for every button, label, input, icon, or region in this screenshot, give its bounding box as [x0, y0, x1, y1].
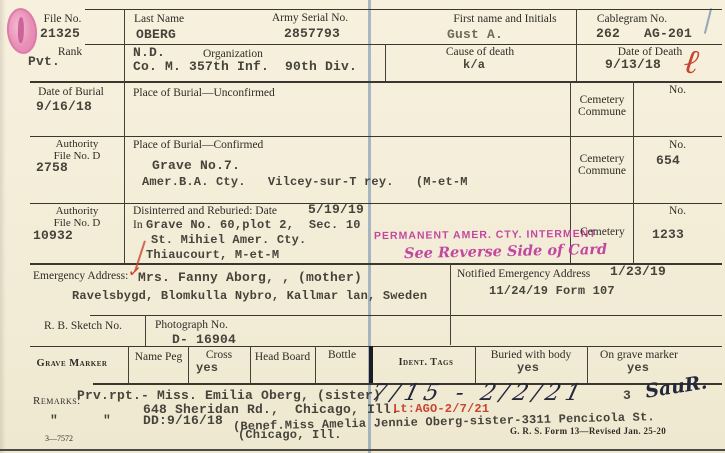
divider [587, 346, 588, 383]
no-label: No. [650, 205, 705, 217]
divider [188, 346, 189, 383]
date-of-death-value: 9/13/18 [605, 57, 661, 72]
army-serial-label: Army Serial No. [250, 12, 370, 24]
cross-label: Cross [190, 349, 248, 361]
rule-bottom-edge [0, 449, 725, 451]
buried-with-body-label: Buried with body [477, 349, 585, 361]
emergency-name-value: Mrs. Fanny Aborg, , (mother) [138, 270, 362, 285]
reburial-commune-value: Thiaucourt, M-et-M [146, 248, 279, 262]
authority-file-label: Authority File No. D [30, 139, 124, 162]
on-grave-marker-label: On grave marker [589, 349, 689, 361]
divider [475, 346, 476, 383]
blue-fold-line [368, 0, 371, 453]
cause-of-death-value: k/a [463, 58, 485, 72]
first-name-value: Gust A. [447, 27, 503, 42]
authority-no-value: 10932 [33, 228, 73, 243]
disinterred-label: Disinterred and Reburied: Date [133, 205, 277, 217]
handwritten-dates: 7/15 - 2/2/21 [369, 380, 589, 406]
rb-sketch-label: R. B. Sketch No. [28, 320, 138, 332]
cemetery-location-value: Amer.B.A. Cty. Vilcey-sur-T rey. (M-et-M [142, 175, 468, 189]
remarks-label: Remarks: [33, 396, 81, 408]
photograph-label: Photograph No. [155, 319, 228, 331]
cablegram-ag-value: AG-201 [644, 26, 692, 41]
rule-row4 [30, 203, 722, 204]
cemetery-commune-label: Cemetery Commune [572, 94, 632, 118]
on-grave-marker-value: yes [627, 361, 649, 375]
rule-emergency [90, 315, 722, 316]
notified-label: Notified Emergency Address [457, 268, 590, 280]
grs-form-label: G. R. S. Form 13—Revised Jan. 25-20 [510, 427, 666, 436]
place-unconfirmed-label: Place of Burial—Unconfirmed [133, 87, 275, 99]
divider [124, 9, 125, 81]
rule-row2 [30, 81, 722, 83]
file-no-value: 21325 [40, 26, 80, 41]
ident-tags-label: Ident. Tags [380, 358, 472, 369]
buried-with-body-value: yes [517, 361, 539, 375]
cause-of-death-label: Cause of death [400, 46, 560, 58]
divider [450, 263, 451, 345]
ditto-mark: " [103, 413, 111, 428]
permanent-interment-stamp: PERMANENT AMER. CTY. INTERMENT [374, 228, 597, 242]
no-label: No. [650, 84, 705, 96]
authority-no-value: 2758 [36, 160, 68, 175]
date-of-burial-value: 9/16/18 [36, 99, 92, 114]
print-number: 3—7572 [45, 435, 73, 443]
cemetery-label: Cemetery [580, 226, 625, 238]
grave-no-value: Grave No.7. [152, 158, 240, 173]
remarks-three: 3 [623, 388, 631, 403]
last-name-label: Last Name [134, 13, 184, 25]
signature: SauR. [644, 371, 709, 402]
blue-pen-tick [704, 8, 712, 34]
nd-value: N.D. [133, 45, 165, 60]
rank-value: Pvt. [28, 54, 60, 69]
place-confirmed-label: Place of Burial—Confirmed [133, 139, 263, 151]
divider [124, 81, 125, 263]
divider [128, 346, 129, 383]
notified-date-value: 1/23/19 [610, 264, 666, 279]
cablegram-label: Cablegram No. [577, 13, 687, 25]
grave-marker-label: Grave Marker [22, 358, 122, 369]
emergency-address-value: Ravelsbygd, Blomkulla Nybro, Kallmar lan… [72, 289, 427, 303]
cross-value: yes [196, 361, 218, 375]
reburial-grave-value: Grave No. 60,plot 2, Sec. 10 [146, 218, 361, 232]
rule-row3 [30, 136, 722, 137]
emergency-address-label: Emergency Address: [33, 270, 128, 282]
cablegram-no-value: 262 [596, 26, 620, 41]
photograph-no-value: D- 16904 [172, 332, 236, 347]
army-serial-value: 2857793 [284, 26, 340, 41]
rule-top [85, 9, 722, 10]
authority-file-label: Authority File No. D [30, 206, 124, 229]
first-name-label: First name and Initials [420, 13, 590, 25]
divider-thick [369, 346, 373, 383]
divider [633, 81, 634, 263]
form-107-value: 11/24/19 Form 107 [489, 284, 615, 298]
burial-card: File No. 21325 Last Name OBERG Army Seri… [0, 0, 725, 453]
rule-sketch [30, 346, 722, 347]
disinterred-date-value: 5/19/19 [308, 202, 364, 217]
remarks-line1: Prv.rpt.- Miss. Emilia Oberg, (sister) [77, 388, 381, 403]
cemetery-no-value: 1233 [652, 227, 684, 242]
organization-value: Co. M. 357th Inf. 90th Div. [133, 59, 357, 74]
date-of-burial-label: Date of Burial [25, 86, 117, 98]
name-peg-label: Name Peg [130, 351, 187, 363]
bottle-label: Bottle [316, 349, 368, 361]
reburial-cemetery-value: St. Mihiel Amer. Cty. [151, 233, 306, 247]
remarks-dd-value: DD:9/16/18 [143, 413, 223, 428]
cemetery-commune-label: Cemetery Commune [572, 153, 632, 177]
no-label: No. [650, 139, 705, 151]
see-reverse-stamp: See Reverse Side of Card [404, 241, 607, 262]
beneficiary-line2: (Chicago, Ill. [238, 428, 342, 442]
head-board-label: Head Board [251, 351, 314, 363]
file-no-label: File No. [20, 13, 105, 25]
ditto-mark: " [50, 413, 58, 428]
cemetery-no-value: 654 [656, 153, 680, 168]
divider [145, 315, 146, 346]
rule-row1 [85, 44, 722, 45]
divider [385, 44, 386, 81]
in-label: In [133, 219, 143, 231]
last-name-value: OBERG [136, 27, 176, 42]
